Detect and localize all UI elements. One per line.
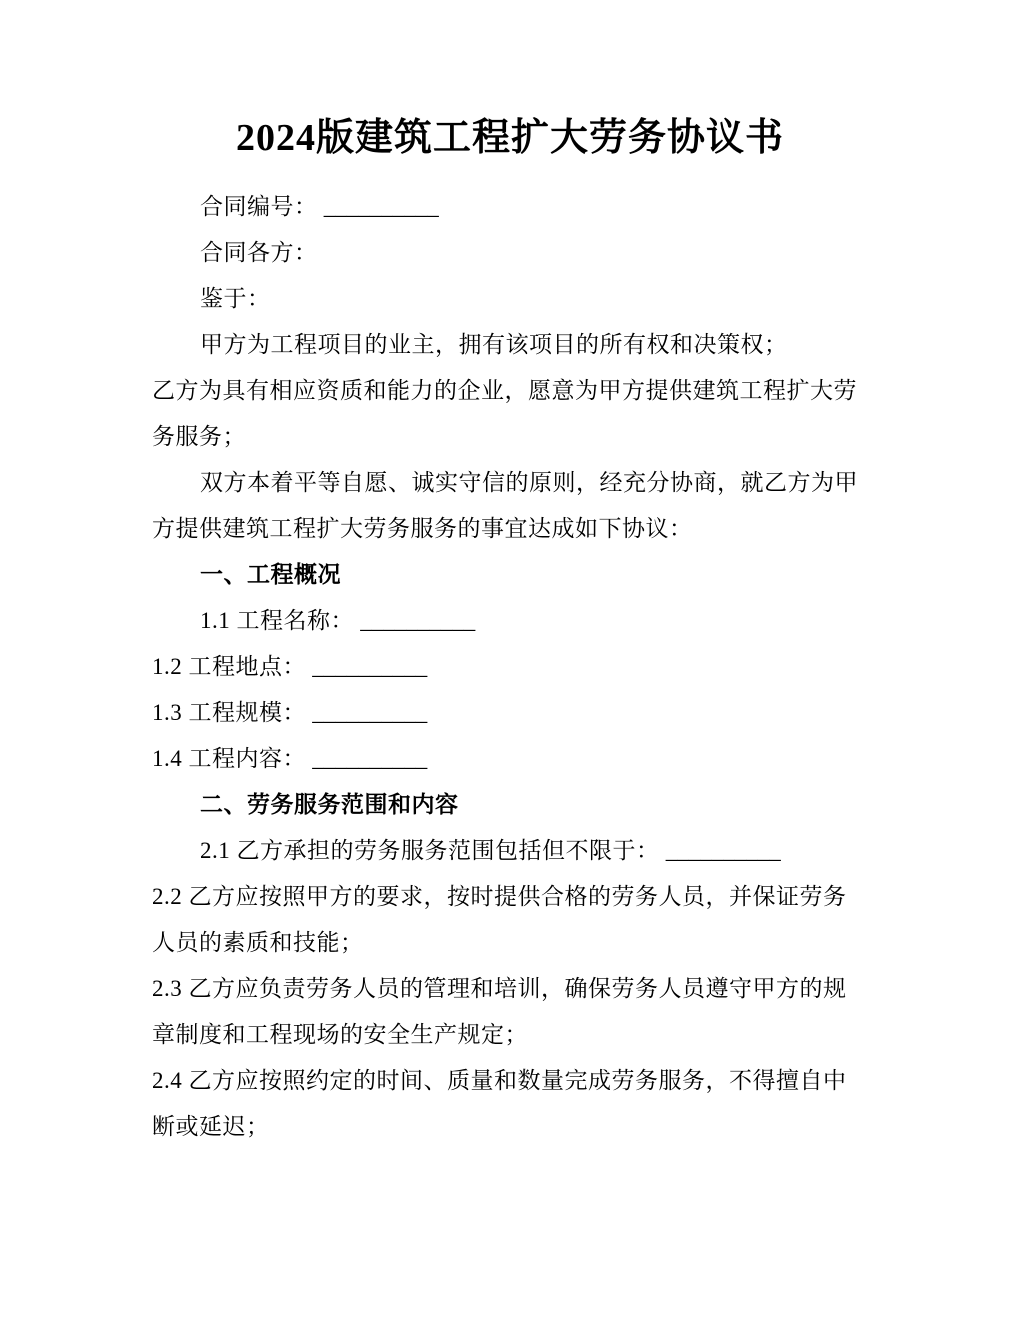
clause-2-4-line-2: 断或延迟；	[152, 1104, 868, 1150]
blank-field: __________	[360, 608, 475, 633]
blank-field: __________	[312, 700, 427, 725]
mutual-agreement-recital-line-2: 方提供建筑工程扩大劳务服务的事宜达成如下协议：	[152, 506, 868, 552]
section-1-heading: 一、工程概况	[152, 552, 868, 598]
blank-field: __________	[312, 654, 427, 679]
document-body: 合同编号： __________合同各方：鉴于：甲方为工程项目的业主，拥有该项目…	[152, 184, 868, 1150]
mutual-agreement-recital-line-1: 双方本着平等自愿、诚实守信的原则，经充分协商，就乙方为甲	[152, 460, 868, 506]
section-2-heading: 二、劳务服务范围和内容	[152, 782, 868, 828]
clause-2-3-line-1: 2.3 乙方应负责劳务人员的管理和培训，确保劳务人员遵守甲方的规	[152, 966, 868, 1012]
clause-1-3: 1.3 工程规模： __________	[152, 690, 868, 736]
clause-2-1: 2.1 乙方承担的劳务服务范围包括但不限于： __________	[152, 828, 868, 874]
contract-parties: 合同各方：	[152, 230, 868, 276]
party-b-recital-line-1: 乙方为具有相应资质和能力的企业，愿意为甲方提供建筑工程扩大劳	[152, 368, 868, 414]
contract-number: 合同编号： __________	[152, 184, 868, 230]
blank-field: __________	[666, 838, 781, 863]
party-a-recital: 甲方为工程项目的业主，拥有该项目的所有权和决策权；	[152, 322, 868, 368]
clause-1-4: 1.4 工程内容： __________	[152, 736, 868, 782]
blank-field: __________	[312, 746, 427, 771]
clause-2-2-line-1: 2.2 乙方应按照甲方的要求，按时提供合格的劳务人员，并保证劳务	[152, 874, 868, 920]
document-page: 2024版建筑工程扩大劳务协议书 合同编号： __________合同各方：鉴于…	[0, 0, 1020, 1320]
clause-2-3-line-2: 章制度和工程现场的安全生产规定；	[152, 1012, 868, 1058]
party-b-recital-line-2: 务服务；	[152, 414, 868, 460]
clause-1-1: 1.1 工程名称： __________	[152, 598, 868, 644]
clause-1-2: 1.2 工程地点： __________	[152, 644, 868, 690]
whereas: 鉴于：	[152, 276, 868, 322]
clause-2-4-line-1: 2.4 乙方应按照约定的时间、质量和数量完成劳务服务，不得擅自中	[152, 1058, 868, 1104]
blank-field: __________	[324, 194, 439, 219]
document-title: 2024版建筑工程扩大劳务协议书	[152, 112, 868, 164]
clause-2-2-line-2: 人员的素质和技能；	[152, 920, 868, 966]
document-content: 2024版建筑工程扩大劳务协议书 合同编号： __________合同各方：鉴于…	[152, 112, 868, 1150]
